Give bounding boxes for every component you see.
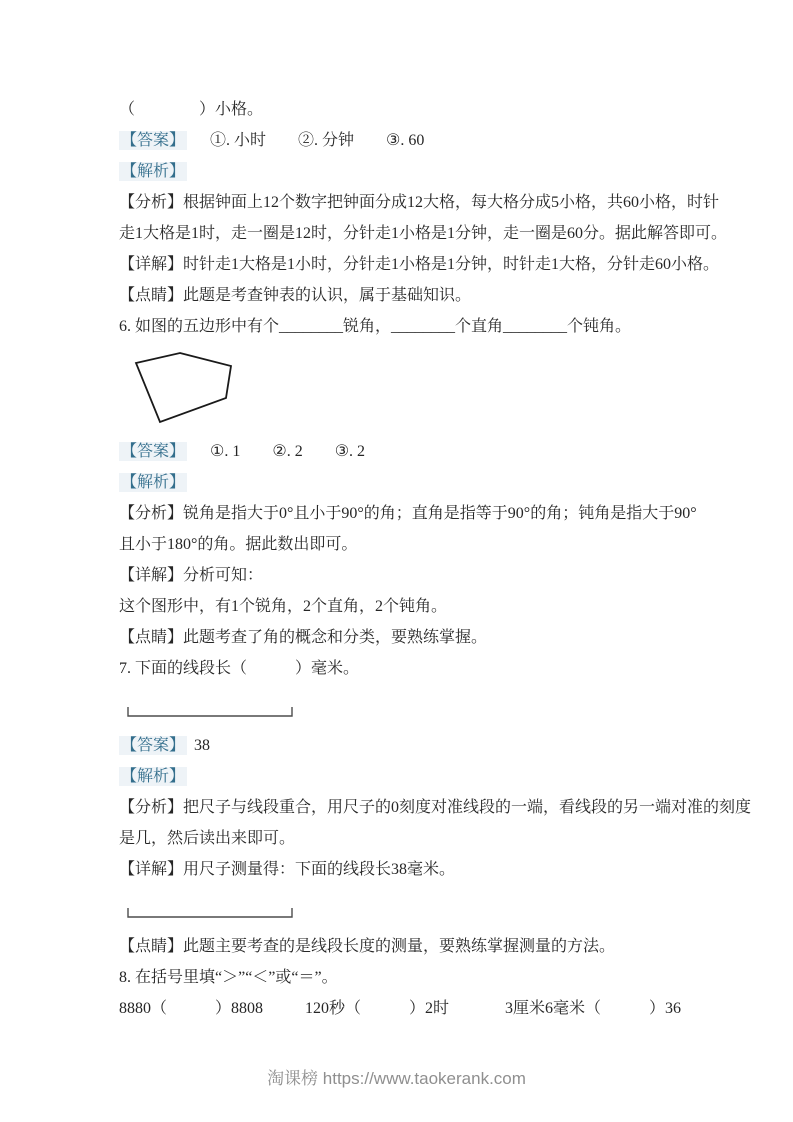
compare-item-1: 8880（ ）8808 [119, 994, 301, 1023]
line-segment-icon [127, 703, 293, 717]
analysis-label: 【解析】 [119, 767, 187, 786]
question-8-compare-row: 8880（ ）8808 120秒（ ）2时 3厘米6毫米（ ）36 [119, 994, 685, 1023]
question-6-analysis-line-1: 【分析】锐角是指大于0°且小于90°的角；直角是指等于90°的角；钝角是指大于9… [119, 499, 685, 528]
exam-document: （ ）小格。 【答案】 ①. 小时 ②. 分钟 ③. 60 【解析】 【分析】根… [119, 95, 685, 1025]
question-6-analysis-label-row: 【解析】 [119, 468, 685, 497]
question-5-analysis-line-2: 走1大格是1时，走一圈是12时，分针走1小格是1分钟，走一圈是60分。据此解答即… [119, 219, 685, 248]
question-7-analysis-label-row: 【解析】 [119, 762, 685, 791]
question-5-analysis-label-row: 【解析】 [119, 157, 685, 186]
answer-item-3: ③. 60 [386, 132, 424, 149]
question-6-keypoint: 【点睛】此题考查了角的概念和分类，要熟练掌握。 [119, 623, 685, 652]
answer-value: 38 [194, 737, 210, 754]
question-5-tail-line: （ ）小格。 [119, 95, 685, 124]
answer-label: 【答案】 [119, 131, 187, 150]
answer-item-2: ②. 2 [272, 443, 302, 460]
analysis-label: 【解析】 [119, 162, 187, 181]
line-segment-figure [127, 904, 685, 918]
question-6-detail-continued: 这个图形中，有1个锐角，2个直角，2个钝角。 [119, 592, 685, 621]
site-footer: 淘课榜 https://www.taokerank.com [0, 1064, 793, 1089]
question-7-text: 7. 下面的线段长（ ）毫米。 [119, 654, 685, 683]
answer-item-2: ②. 分钟 [298, 132, 354, 149]
question-6-answer-row: 【答案】 ①. 1 ②. 2 ③. 2 [119, 437, 685, 466]
line-segment-icon [127, 904, 293, 918]
question-5-keypoint: 【点睛】此题是考查钟表的认识，属于基础知识。 [119, 281, 685, 310]
question-7-analysis-line-2: 是几，然后读出来即可。 [119, 824, 685, 853]
question-5-detail: 【详解】时针走1大格是1小时，分针走1小格是1分钟，时针走1大格，分针走60小格… [119, 250, 685, 279]
answer-label: 【答案】 [119, 736, 187, 755]
exam-page: （ ）小格。 【答案】 ①. 小时 ②. 分钟 ③. 60 【解析】 【分析】根… [0, 0, 793, 1122]
pentagon-figure [123, 347, 685, 429]
question-6-analysis-line-2: 且小于180°的角。据此数出即可。 [119, 530, 685, 559]
question-7-detail: 【详解】用尺子测量得：下面的线段长38毫米。 [119, 855, 685, 884]
footer-watermark-text: 淘课榜 https://www.taokerank.com [267, 1069, 526, 1088]
compare-item-3: 3厘米6毫米（ ）36 [505, 994, 681, 1023]
question-6-detail: 【详解】分析可知： [119, 561, 685, 590]
question-8-text: 8. 在括号里填“＞”“＜”或“＝”。 [119, 963, 685, 992]
answer-label: 【答案】 [119, 442, 187, 461]
compare-item-2: 120秒（ ）2时 [305, 994, 501, 1023]
question-7-analysis-line-1: 【分析】把尺子与线段重合，用尺子的0刻度对准线段的一端，看线段的另一端对准的刻度 [119, 793, 685, 822]
answer-item-1: ①. 小时 [210, 132, 266, 149]
line-segment-figure [127, 703, 685, 717]
answer-item-1: ①. 1 [210, 443, 240, 460]
analysis-label: 【解析】 [119, 473, 187, 492]
question-7-answer-row: 【答案】 38 [119, 731, 685, 760]
question-7-keypoint: 【点睛】此题主要考查的是线段长度的测量，要熟练掌握测量的方法。 [119, 932, 685, 961]
question-5-answer-row: 【答案】 ①. 小时 ②. 分钟 ③. 60 [119, 126, 685, 155]
pentagon-outline-icon [123, 347, 245, 429]
answer-item-3: ③. 2 [335, 443, 365, 460]
question-5-analysis-line-1: 【分析】根据钟面上12个数字把钟面分成12大格，每大格分成5小格，共60小格，时… [119, 188, 685, 217]
question-6-text: 6. 如图的五边形中有个________锐角，________个直角______… [119, 312, 685, 341]
